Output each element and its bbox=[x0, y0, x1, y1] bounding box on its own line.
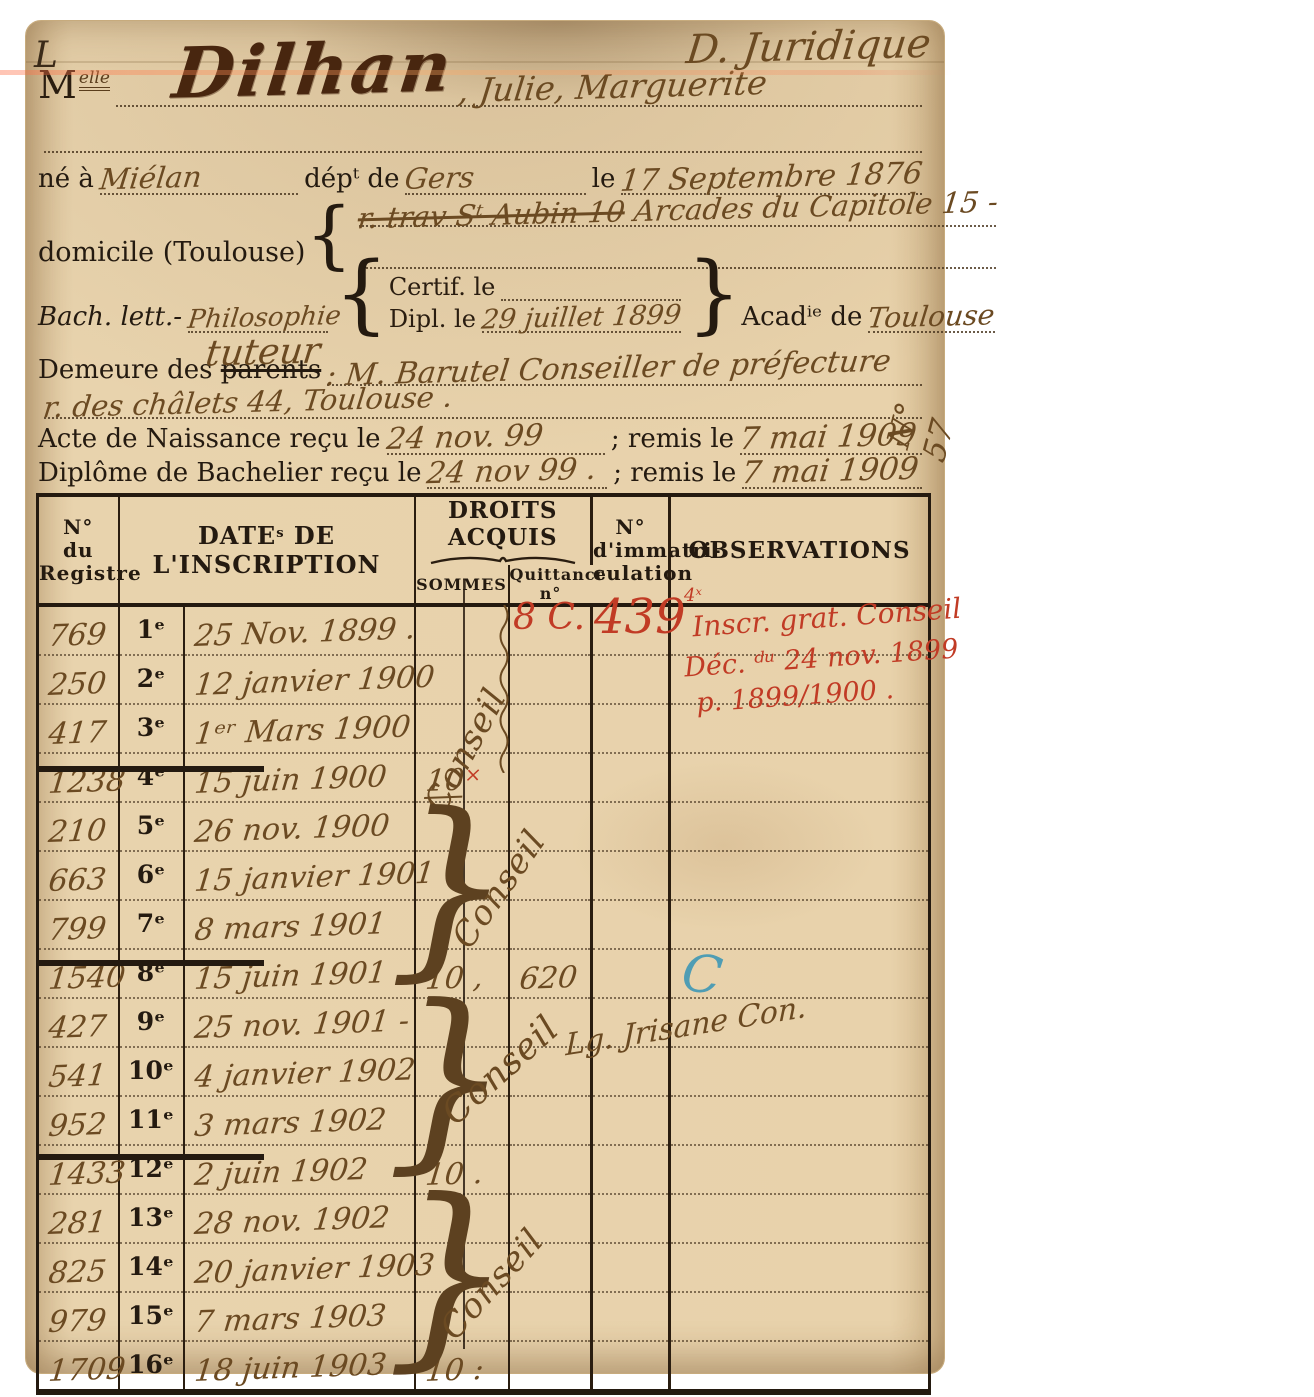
given-names-handwritten: , Julie, Marguerite bbox=[457, 66, 769, 107]
inscription-date: 28 nov. 1902 bbox=[184, 1194, 415, 1243]
observations-cell bbox=[670, 1096, 930, 1145]
tuteur-overwrite: tuteur bbox=[204, 334, 322, 373]
baccalaureat-line: Bach. lett.- Philosophie { Certif. le Di… bbox=[38, 271, 928, 333]
sommes-cell bbox=[415, 900, 509, 949]
quittance-cell bbox=[509, 1145, 592, 1194]
inscription-ordinal: 8ᵉ bbox=[119, 949, 184, 998]
bach-brace-close: } bbox=[687, 256, 742, 333]
immatriculation-cell bbox=[592, 1194, 670, 1243]
quittance-cell bbox=[509, 704, 592, 753]
immatriculation-cell bbox=[592, 1047, 670, 1096]
sommes-cell bbox=[415, 1194, 509, 1243]
quittance-cell bbox=[509, 605, 592, 655]
surname-handwritten: Dilhan bbox=[169, 31, 457, 108]
inscription-ordinal: 9ᵉ bbox=[119, 998, 184, 1047]
immatriculation-cell bbox=[592, 605, 670, 655]
domicile-field-1: r. trav Sᵗ Aubin 10 Arcades du Capitole … bbox=[359, 187, 997, 227]
observations-cell bbox=[670, 1145, 930, 1194]
registre-number: 769 bbox=[38, 605, 119, 655]
immatriculation-cell bbox=[592, 1243, 670, 1292]
quittance-cell bbox=[509, 1096, 592, 1145]
observations-cell bbox=[670, 1047, 930, 1096]
certif-field bbox=[501, 273, 680, 301]
observations-cell bbox=[670, 900, 930, 949]
observations-cell bbox=[670, 1341, 930, 1392]
registre-number: 427 bbox=[38, 998, 119, 1047]
inscription-date: 26 nov. 1900 bbox=[184, 802, 415, 851]
col-sommes-header: SOMMES bbox=[415, 565, 509, 605]
registre-number: 1540 bbox=[38, 949, 119, 998]
col-immatriculation-header: N° d'immatri- culation bbox=[592, 495, 670, 605]
immatriculation-cell bbox=[592, 949, 670, 998]
dipl-field: 29 juillet 1899 bbox=[482, 304, 681, 333]
registre-number: 663 bbox=[38, 851, 119, 900]
inscription-date: 25 Nov. 1899 . bbox=[184, 605, 415, 655]
registre-number: 979 bbox=[38, 1292, 119, 1341]
table-row: 28113ᵉ28 nov. 1902 bbox=[38, 1194, 930, 1243]
table-header-row-1: N° du Registre DATEs DE L'INSCRIPTION DR… bbox=[38, 495, 930, 565]
table-row: 143312ᵉ2 juin 190210 . bbox=[38, 1145, 930, 1194]
inscription-ordinal: 10ᵉ bbox=[119, 1047, 184, 1096]
table-row: 2502ᵉ12 janvier 1900 bbox=[38, 655, 930, 704]
quittance-cell bbox=[509, 655, 592, 704]
acte-label: Acte de Naissance reçu le bbox=[38, 424, 381, 455]
inscription-date: 12 janvier 1900 bbox=[184, 655, 415, 704]
quittance-cell bbox=[509, 802, 592, 851]
immatriculation-cell bbox=[592, 1292, 670, 1341]
inscription-date: 18 juin 1903 bbox=[184, 1341, 415, 1392]
guardian-address-value: r. des châlets 44, Toulouse . bbox=[42, 383, 454, 423]
diplome-received-value: 24 nov 99 . bbox=[425, 455, 598, 489]
quittance-cell bbox=[509, 753, 592, 802]
table-row: 7691ᵉ25 Nov. 1899 . bbox=[38, 605, 930, 655]
registre-number: 210 bbox=[38, 802, 119, 851]
quittance-cell bbox=[509, 1047, 592, 1096]
academie-field: Toulouse bbox=[868, 303, 994, 333]
guardian-address-field: r. des châlets 44, Toulouse . bbox=[44, 388, 922, 419]
guardian-line: Demeure des parentstuteur : M. Barutel C… bbox=[38, 346, 928, 386]
dipl-label: Dipl. le bbox=[389, 305, 476, 333]
table-row: 95211ᵉ3 mars 1902 bbox=[38, 1096, 930, 1145]
inscription-ordinal: 4ᵉ bbox=[119, 753, 184, 802]
table-row: 4279ᵉ25 nov. 1901 - bbox=[38, 998, 930, 1047]
observations-cell bbox=[670, 753, 930, 802]
acte-received-value: 24 nov. 99 bbox=[385, 421, 545, 455]
demeure-label: Demeure des bbox=[38, 355, 212, 386]
immatriculation-cell bbox=[592, 1145, 670, 1194]
sommes-cell: 10× bbox=[415, 753, 509, 802]
table-row: 170916ᵉ18 juin 190310 : bbox=[38, 1341, 930, 1392]
quittance-cell bbox=[509, 1292, 592, 1341]
diplome-remis-field: 7 mai 1909 bbox=[742, 456, 922, 489]
quittance-cell bbox=[509, 851, 592, 900]
diplome-received-field: 24 nov 99 . bbox=[427, 457, 607, 489]
inscription-date: 20 janvier 1903 bbox=[184, 1243, 415, 1292]
registre-number: 541 bbox=[38, 1047, 119, 1096]
inscription-date: 7 mars 1903 bbox=[184, 1292, 415, 1341]
table-row: 6636ᵉ15 janvier 1901 bbox=[38, 851, 930, 900]
table-row: 54110ᵉ4 janvier 1902 bbox=[38, 1047, 930, 1096]
col-registre-header: N° du Registre bbox=[38, 495, 119, 605]
sommes-cell bbox=[415, 605, 509, 655]
bach-label: Bach. lett.- bbox=[38, 302, 182, 333]
registre-number: 799 bbox=[38, 900, 119, 949]
immatriculation-cell bbox=[592, 998, 670, 1047]
dipl-value: 29 juillet 1899 bbox=[480, 301, 682, 333]
quittance-cell bbox=[509, 900, 592, 949]
quittance-cell bbox=[509, 998, 592, 1047]
table-row: 82514ᵉ20 janvier 1903 bbox=[38, 1243, 930, 1292]
inscription-ordinal: 7ᵉ bbox=[119, 900, 184, 949]
inscription-ordinal: 14ᵉ bbox=[119, 1243, 184, 1292]
observations-cell bbox=[670, 949, 930, 998]
certif-label: Certif. le bbox=[389, 273, 496, 301]
registre-number: 1709 bbox=[38, 1341, 119, 1392]
col-observations-header: OBSERVATIONS bbox=[670, 495, 930, 605]
inscription-ordinal: 6ᵉ bbox=[119, 851, 184, 900]
immatriculation-cell bbox=[592, 851, 670, 900]
observations-cell bbox=[670, 655, 930, 704]
inscription-date: 3 mars 1902 bbox=[184, 1096, 415, 1145]
quittance-cell bbox=[509, 1194, 592, 1243]
sommes-cell: 10 : bbox=[415, 1341, 509, 1392]
domicile-field-2 bbox=[359, 227, 997, 269]
sommes-cell bbox=[415, 1096, 509, 1145]
registre-number: 825 bbox=[38, 1243, 119, 1292]
acte-remis-label: ; remis le bbox=[611, 424, 734, 455]
inscription-ordinal: 12ᵉ bbox=[119, 1145, 184, 1194]
struck-old-address: r. trav Sᵗ Aubin 10 bbox=[356, 194, 627, 235]
registre-number: 281 bbox=[38, 1194, 119, 1243]
quittance-cell: 620 bbox=[509, 949, 592, 998]
inscription-date: 1ᵉʳ Mars 1900 bbox=[184, 704, 415, 753]
sommes-cell bbox=[415, 802, 509, 851]
inscription-date: 25 nov. 1901 - bbox=[184, 998, 415, 1047]
sommes-cell bbox=[415, 704, 509, 753]
immatriculation-cell bbox=[592, 655, 670, 704]
title-superscript: elle bbox=[79, 70, 110, 91]
inscription-ordinal: 3ᵉ bbox=[119, 704, 184, 753]
immatriculation-cell bbox=[592, 1096, 670, 1145]
table-row: 2105ᵉ26 nov. 1900 bbox=[38, 802, 930, 851]
inscription-ordinal: 13ᵉ bbox=[119, 1194, 184, 1243]
domicile-label: domicile (Toulouse) bbox=[38, 237, 305, 269]
observations-cell bbox=[670, 605, 930, 655]
immatriculation-cell bbox=[592, 900, 670, 949]
quittance-cell bbox=[509, 1243, 592, 1292]
bach-subject-value: Philosophie bbox=[186, 303, 342, 333]
observations-cell bbox=[670, 1194, 930, 1243]
bach-subject-field: Philosophie bbox=[188, 305, 328, 333]
droits-brace-icon bbox=[428, 553, 578, 565]
observations-cell bbox=[670, 1292, 930, 1341]
col-droits-header: DROITS ACQUIS bbox=[415, 495, 592, 565]
academie-label: Acadⁱᵉ de bbox=[741, 302, 862, 333]
inscriptions-table-wrap: N° du Registre DATEs DE L'INSCRIPTION DR… bbox=[36, 493, 928, 1357]
blank-dotted-line bbox=[38, 133, 928, 153]
sommes-cell bbox=[415, 998, 509, 1047]
academie-value: Toulouse bbox=[867, 301, 997, 332]
registre-number: 952 bbox=[38, 1096, 119, 1145]
name-line: Melle Dilhan , Julie, Marguerite bbox=[38, 43, 928, 107]
inscriptions-table: N° du Registre DATEs DE L'INSCRIPTION DR… bbox=[36, 493, 931, 1395]
title-printed: M bbox=[38, 63, 77, 107]
inscription-date: 8 mars 1901 bbox=[184, 900, 415, 949]
immatriculation-cell bbox=[592, 704, 670, 753]
immatriculation-cell bbox=[592, 753, 670, 802]
current-address: Arcades du Capitole 15 - bbox=[632, 185, 1000, 228]
table-row: 12384ᵉ15 juin 190010× bbox=[38, 753, 930, 802]
col-date-header: DATEs DE L'INSCRIPTION bbox=[119, 495, 415, 605]
inscription-ordinal: 15ᵉ bbox=[119, 1292, 184, 1341]
sommes-cell bbox=[415, 1047, 509, 1096]
immatriculation-cell bbox=[592, 1341, 670, 1392]
table-row: 15408ᵉ15 juin 1901 .10 ,620 bbox=[38, 949, 930, 998]
sommes-cell: 10 . bbox=[415, 1145, 509, 1194]
registre-number: 250 bbox=[38, 655, 119, 704]
diplome-remis-value: 7 mai 1909 bbox=[740, 454, 920, 490]
table-row: 4173ᵉ1ᵉʳ Mars 1900 bbox=[38, 704, 930, 753]
name-fill-line: Dilhan , Julie, Marguerite bbox=[116, 35, 922, 107]
diplome-label: Diplôme de Bachelier reçu le bbox=[38, 458, 421, 489]
diplome-line: Diplôme de Bachelier reçu le 24 nov 99 .… bbox=[38, 453, 928, 489]
col-quittance-header: Quittance n° bbox=[509, 565, 592, 605]
registration-card: L D. Juridique Melle Dilhan , Julie, Mar… bbox=[25, 20, 945, 1374]
guardian-address-line: r. des châlets 44, Toulouse . bbox=[38, 383, 928, 419]
sommes-cell bbox=[415, 1292, 509, 1341]
immatriculation-cell bbox=[592, 802, 670, 851]
sommes-cell: 10 , bbox=[415, 949, 509, 998]
acte-line: Acte de Naissance reçu le 24 nov. 99 ; r… bbox=[38, 419, 928, 455]
inscription-ordinal: 11ᵉ bbox=[119, 1096, 184, 1145]
inscription-date: 2 juin 1902 bbox=[184, 1145, 415, 1194]
registre-number: 1238 bbox=[38, 753, 119, 802]
observations-cell bbox=[670, 851, 930, 900]
inscription-ordinal: 2ᵉ bbox=[119, 655, 184, 704]
inscription-date: 15 juin 1900 bbox=[184, 753, 415, 802]
domicile-line: domicile (Toulouse) { r. trav Sᵗ Aubin 1… bbox=[38, 183, 928, 269]
inscription-ordinal: 5ᵉ bbox=[119, 802, 184, 851]
observations-cell bbox=[670, 704, 930, 753]
registre-number: 1433 bbox=[38, 1145, 119, 1194]
table-row: 7997ᵉ8 mars 1901 bbox=[38, 900, 930, 949]
inscription-ordinal: 16ᵉ bbox=[119, 1341, 184, 1392]
inscription-date: 15 juin 1901 . bbox=[184, 949, 415, 998]
observations-cell bbox=[670, 802, 930, 851]
bach-brace-open: { bbox=[334, 256, 389, 333]
inscription-date: 15 janvier 1901 bbox=[184, 851, 415, 900]
diplome-remis-label: ; remis le bbox=[613, 458, 736, 489]
acte-received-field: 24 nov. 99 bbox=[387, 423, 605, 455]
observations-cell bbox=[670, 998, 930, 1047]
table-row: 97915ᵉ7 mars 1903 bbox=[38, 1292, 930, 1341]
inscription-ordinal: 1ᵉ bbox=[119, 605, 184, 655]
quittance-cell bbox=[509, 1341, 592, 1392]
observations-cell bbox=[670, 1243, 930, 1292]
registre-number: 417 bbox=[38, 704, 119, 753]
inscription-date: 4 janvier 1902 bbox=[184, 1047, 415, 1096]
scanned-registration-card-page: L D. Juridique Melle Dilhan , Julie, Mar… bbox=[0, 0, 1314, 1397]
